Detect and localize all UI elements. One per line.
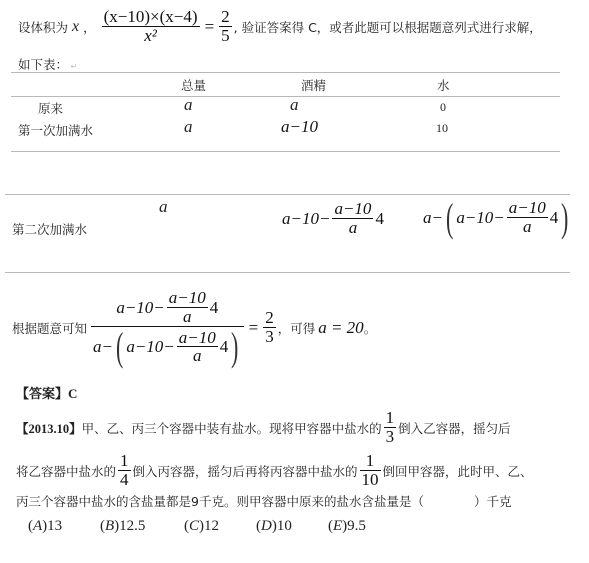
row3-water-tail: 4 xyxy=(550,208,559,228)
frac-num: 1 xyxy=(364,452,377,470)
derivation-end: 。 xyxy=(364,319,377,337)
derivation-prefix: 根据题意可知 xyxy=(12,319,87,337)
answer-line: 【答案】C xyxy=(16,383,77,402)
table-rule-2 xyxy=(5,194,570,195)
option-letter: D xyxy=(261,518,272,534)
left-paren: ( xyxy=(446,198,453,238)
paragraph-mark-icon: ↵ xyxy=(68,62,77,71)
option-d[interactable]: (D)10 xyxy=(256,518,328,535)
option-letter: E xyxy=(333,518,342,534)
derivation-fraction: a−10− a−10 a 4 a− ( a−10− a−10 a 4 ) xyxy=(91,289,244,368)
option-letter: B xyxy=(105,518,114,534)
answer-value: C xyxy=(68,386,77,401)
problem-line-3: 丙三个容器中盐水的含盐量都是9千克。则甲容器中原来的盐水含盐量是（ ）千克 xyxy=(16,492,511,510)
problem-line2-c: 倒回甲容器，此时甲、乙、 xyxy=(383,462,533,480)
fraction-one-quarter: 1 4 xyxy=(118,452,131,490)
problem-line1-a: 甲、乙、丙三个容器中装有盐水。现将甲容器中盐水的 xyxy=(82,419,382,437)
row3-label: 第二次加满水 xyxy=(12,220,87,238)
frac-num: a−10 xyxy=(167,289,208,307)
table-header-total: 总量 xyxy=(181,76,206,94)
row1-label: 原来 xyxy=(38,99,63,117)
var-x: x xyxy=(72,18,79,36)
rhs-num: 2 xyxy=(219,8,232,26)
table-caption: 如下表： ↵ xyxy=(18,55,77,73)
derivation-result-text: ，可得 xyxy=(278,319,316,337)
answer-label: 【答案】 xyxy=(16,387,68,402)
table-rule-mid xyxy=(11,151,560,152)
inner-fraction: a−10 a xyxy=(177,329,218,367)
table-header-alcohol: 酒精 xyxy=(301,76,326,94)
row3-water: a− ( a−10− a−10 a 4 ) xyxy=(423,198,572,238)
row3-water-lead: a− xyxy=(423,208,443,228)
frac-den: 4 xyxy=(118,471,131,490)
right-paren: ) xyxy=(231,327,238,367)
rhs-num: 2 xyxy=(263,309,276,327)
row2-label: 第一次加满水 xyxy=(18,121,93,139)
frac-den: a xyxy=(181,308,194,327)
fraction-one-tenth: 1 10 xyxy=(360,452,381,490)
row1-water: 0 xyxy=(440,100,446,115)
intro-rhs-fraction: 2 5 xyxy=(219,8,232,46)
row2-alcohol-value: a−10 xyxy=(281,117,318,136)
frac-num: 1 xyxy=(118,452,131,470)
derivation-result: a = 20 xyxy=(318,318,363,338)
table-header-water: 水 xyxy=(437,76,450,94)
fraction-one-third: 1 3 xyxy=(384,409,397,447)
problem-line2-b: 倒入丙容器，摇匀后再将丙容器中盐水的 xyxy=(133,462,358,480)
derivation: 根据题意可知 a−10− a−10 a 4 a− ( a−10− a−10 a … xyxy=(12,288,376,368)
frac-den: a xyxy=(347,219,360,238)
problem-line-2: 将乙容器中盐水的 1 4 倒入丙容器，摇匀后再将丙容器中盐水的 1 10 倒回甲… xyxy=(16,451,533,491)
problem-line-1: 【2013.10】 甲、乙、丙三个容器中装有盐水。现将甲容器中盐水的 1 3 倒… xyxy=(16,408,511,448)
problem-line1-b: 倒入乙容器，摇匀后 xyxy=(398,419,511,437)
num-lead: a−10− xyxy=(116,299,164,317)
table-caption-text: 如下表： xyxy=(18,57,68,72)
row2-alcohol: a−10 xyxy=(281,117,318,137)
frac-den: a xyxy=(521,218,534,237)
row3-total: a xyxy=(159,197,168,217)
problem-line2-a: 将乙容器中盐水的 xyxy=(16,462,116,480)
option-a[interactable]: (A)13 xyxy=(28,518,100,535)
frac-den: 3 xyxy=(384,428,397,447)
table-rule-header xyxy=(11,96,560,97)
frac-den: 10 xyxy=(360,471,381,490)
intro-suffix: , 验证答案得 C，或者此题可以根据题意列式进行求解， xyxy=(234,18,542,36)
row1-alcohol: a xyxy=(290,95,299,115)
num-tail: 4 xyxy=(210,299,219,317)
frac-num: 1 xyxy=(384,409,397,427)
den-inner-lead: a−10− xyxy=(126,338,174,357)
option-value: 12 xyxy=(204,518,219,534)
derivation-rhs: 2 3 xyxy=(263,309,276,347)
option-letter: C xyxy=(189,518,199,534)
intro-eq: = xyxy=(205,17,215,37)
option-value: 10 xyxy=(277,518,292,534)
option-e[interactable]: (E)9.5 xyxy=(328,518,400,535)
row2-total: a xyxy=(184,117,193,137)
intro-frac-num: (x−10)×(x−4) xyxy=(102,8,200,26)
inner-fraction: a−10 a xyxy=(167,289,208,327)
rhs-den: 5 xyxy=(219,27,232,46)
row3-water-inner-lead: a−10− xyxy=(456,208,504,228)
row3-alcohol: a−10− a−10 a 4 xyxy=(282,200,384,238)
derivation-numerator: a−10− a−10 a 4 xyxy=(114,289,220,327)
option-letter: A xyxy=(33,518,42,534)
option-c[interactable]: (C)12 xyxy=(184,518,256,535)
den-lead: a− xyxy=(93,338,113,357)
derivation-eq: = xyxy=(249,318,259,338)
row2-water: 10 xyxy=(436,121,448,136)
intro-fraction: (x−10)×(x−4) x² xyxy=(102,8,200,46)
den-tail: 4 xyxy=(220,338,229,357)
frac-num: a−10 xyxy=(507,199,548,217)
row1-total: a xyxy=(184,95,193,115)
intro-line: 设体积为 x ， (x−10)×(x−4) x² = 2 5 , 验证答案得 C… xyxy=(18,4,542,50)
frac-num: a−10 xyxy=(332,200,373,218)
row3-alcohol-fraction: a−10 a xyxy=(332,200,373,238)
row3-water-fraction: a−10 a xyxy=(507,199,548,237)
table-rule-top xyxy=(11,72,560,73)
intro-sep: ， xyxy=(83,18,96,36)
intro-prefix: 设体积为 xyxy=(18,18,68,36)
row3-alcohol-tail: 4 xyxy=(375,209,384,229)
problem-tag: 【2013.10】 xyxy=(16,419,82,437)
option-b[interactable]: (B)12.5 xyxy=(100,518,184,535)
option-value: 13 xyxy=(47,518,62,534)
derivation-denominator: a− ( a−10− a−10 a 4 ) xyxy=(91,327,244,367)
row3-alcohol-lead: a−10− xyxy=(282,209,330,229)
option-value: 12.5 xyxy=(119,518,145,534)
intro-frac-den: x² xyxy=(142,27,159,46)
option-value: 9.5 xyxy=(347,518,366,534)
options-row: (A)13 (B)12.5 (C)12 (D)10 (E)9.5 xyxy=(28,518,400,535)
table-rule-bottom xyxy=(5,272,570,273)
frac-den: a xyxy=(191,347,204,366)
right-paren: ) xyxy=(561,198,568,238)
rhs-den: 3 xyxy=(263,328,276,347)
frac-num: a−10 xyxy=(177,329,218,347)
left-paren: ( xyxy=(116,327,123,367)
